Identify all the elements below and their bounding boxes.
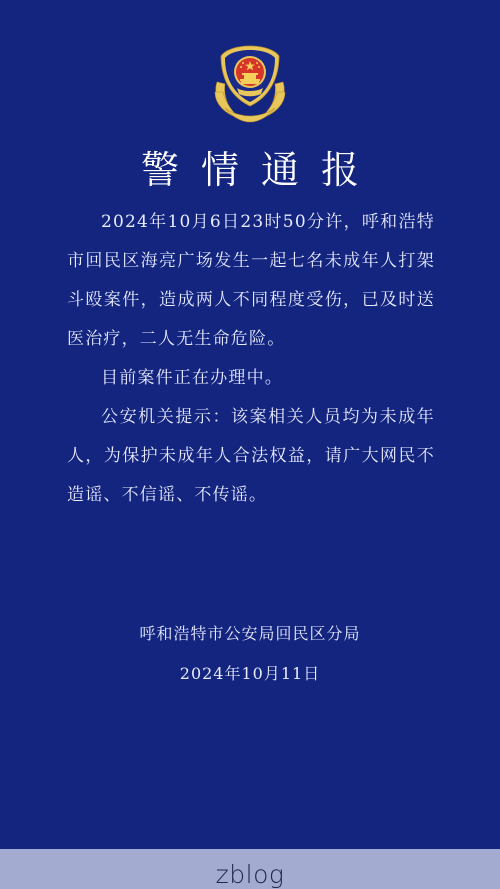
notice-paragraph-status: 目前案件正在办理中。: [67, 359, 435, 398]
police-notice-page: 警情通报 2024年10月6日23时50分许，呼和浩特市回民区海亮广场发生一起七…: [0, 0, 500, 849]
issue-date: 2024年10月11日: [0, 661, 500, 684]
notice-paragraph-reminder: 公安机关提示：该案相关人员均为未成年人，为保护未成年人合法权益，请广大网民不造谣…: [67, 398, 435, 515]
notice-title: 警情通报: [0, 142, 500, 198]
issuer-name: 呼和浩特市公安局回民区分局: [0, 621, 500, 644]
notice-paragraph-incident: 2024年10月6日23时50分许，呼和浩特市回民区海亮广场发生一起七名未成年人…: [67, 203, 435, 359]
police-badge-icon: [211, 42, 289, 124]
footer-bar: zblog: [0, 849, 500, 889]
notice-body: 2024年10月6日23时50分许，呼和浩特市回民区海亮广场发生一起七名未成年人…: [67, 203, 435, 515]
footer-site-label[interactable]: zblog: [216, 855, 285, 889]
